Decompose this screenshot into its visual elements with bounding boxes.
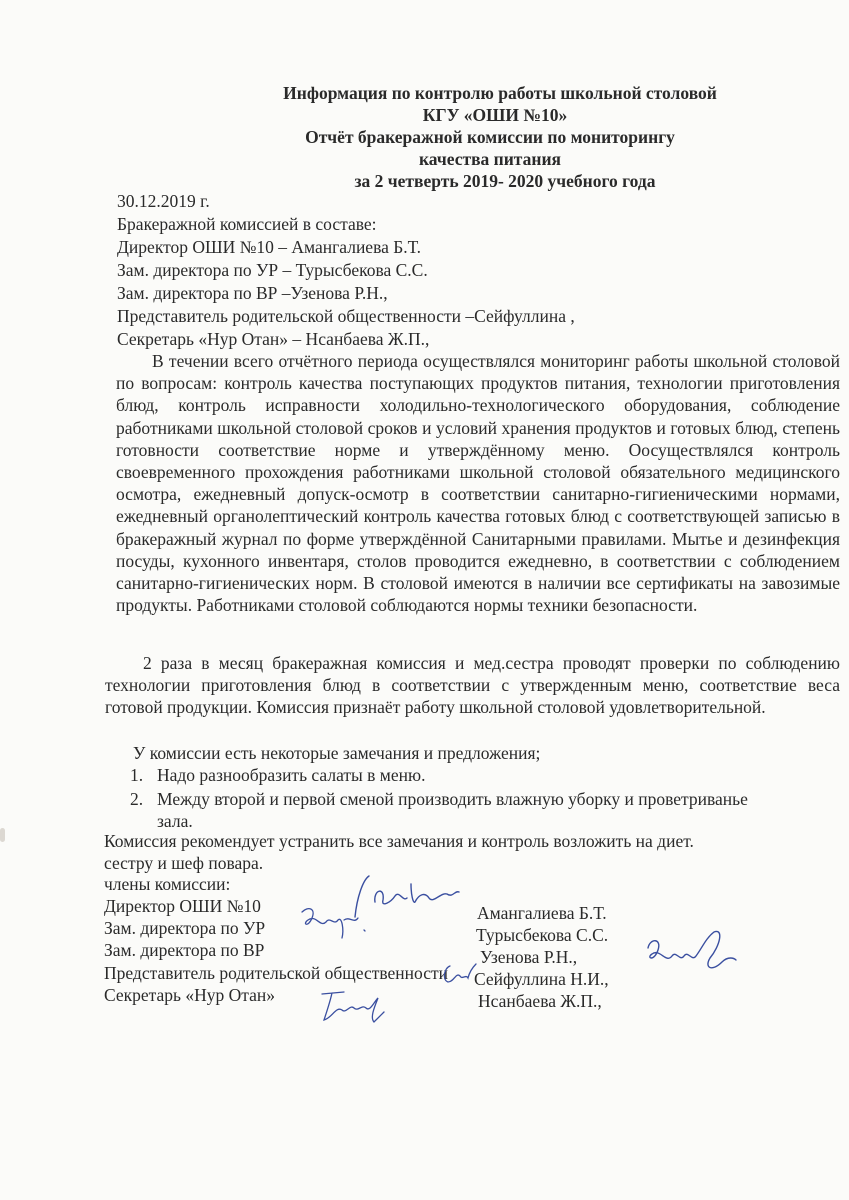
- scanned-document-page: Информация по контролю работы школьной с…: [0, 0, 849, 1200]
- title-line: КГУ «ОШИ №10»: [100, 104, 840, 126]
- paragraph-monitoring: В течении всего отчётного периода осущес…: [116, 350, 840, 616]
- remark-text: Между второй и первой сменой производить…: [157, 788, 757, 832]
- title-line: Отчёт бракеражной комиссии по мониторинг…: [100, 126, 840, 148]
- signatory-name: Узенова Р.Н.,: [480, 946, 577, 968]
- signatures-header: члены комиссии:: [104, 873, 230, 895]
- signatory-role: Секретарь «Нур Отан»: [104, 984, 275, 1006]
- signatory-role: Директор ОШИ №10: [104, 895, 261, 917]
- remark-number: 1.: [130, 764, 143, 786]
- document-date: 30.12.2019 г.: [117, 190, 210, 212]
- title-line: за 2 четверть 2019- 2020 учебного года: [100, 170, 840, 192]
- signature-deputy-vr: [640, 928, 740, 993]
- member-line: Зам. директора по ВР –Узенова Р.Н.,: [117, 282, 388, 304]
- paragraph-text: 2 раза в месяц бракеражная комиссия и ме…: [105, 653, 840, 717]
- member-line: Представитель родительской общественност…: [117, 305, 575, 327]
- composition-intro: Бракеражной комиссией в составе:: [117, 213, 377, 235]
- signatory-role: Представитель родительской общественност…: [104, 962, 448, 984]
- remarks-intro: У комиссии есть некоторые замечания и пр…: [133, 742, 540, 764]
- title-line: качества питания: [100, 148, 840, 170]
- signature-parent-rep: [440, 960, 480, 993]
- scan-smudge: [0, 828, 5, 842]
- paragraph-text: В течении всего отчётного периода осущес…: [116, 351, 840, 615]
- signatory-name: Нсанбаева Ж.П.,: [478, 990, 602, 1012]
- remark-text: Надо разнообразить салаты в меню.: [157, 764, 777, 786]
- signatory-name: Турысбекова С.С.: [476, 924, 608, 946]
- signatory-name: Сейфуллина Н.И.,: [474, 968, 609, 990]
- title-line: Информация по контролю работы школьной с…: [100, 82, 840, 104]
- document-title: Информация по контролю работы школьной с…: [100, 82, 840, 192]
- member-line: Зам. директора по УР – Турысбекова С.С.: [117, 259, 428, 281]
- signature-deputy-ur: [298, 902, 378, 947]
- member-line: Секретарь «Нур Отан» – Нсанбаева Ж.П.,: [117, 328, 429, 350]
- signatory-name: Амангалиева Б.Т.: [477, 902, 607, 924]
- member-line: Директор ОШИ №10 – Амангалиева Б.Т.: [117, 236, 421, 258]
- recommendation: Комиссия рекомендует устранить все замеч…: [104, 830, 744, 874]
- remark-number: 2.: [130, 788, 143, 810]
- signature-secretary: [318, 988, 388, 1033]
- paragraph-inspections: 2 раза в месяц бракеражная комиссия и ме…: [105, 652, 840, 719]
- signatory-role: Зам. директора по ВР: [104, 939, 264, 961]
- signatory-role: Зам. директора по УР: [104, 917, 265, 939]
